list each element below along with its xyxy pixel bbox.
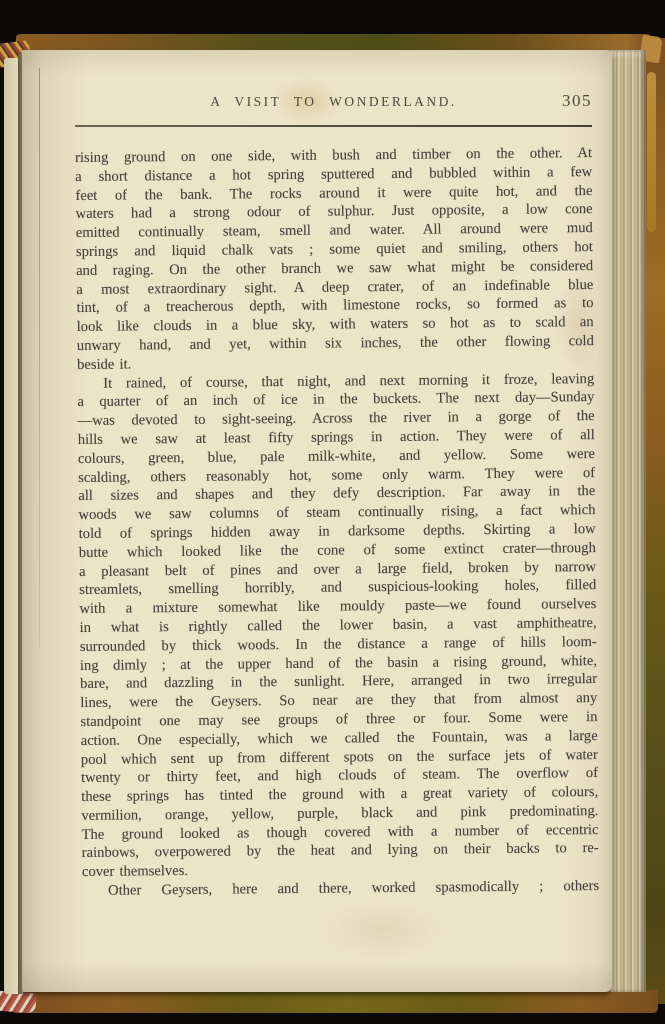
header-rule xyxy=(75,125,592,127)
facing-page-edge xyxy=(4,58,19,994)
running-title: A VISIT TO WONDERLAND. xyxy=(75,94,592,110)
printed-content: A VISIT TO WONDERLAND. 305 rising ground… xyxy=(75,94,592,901)
book-cover-edge-bottom xyxy=(12,990,658,1013)
running-head: A VISIT TO WONDERLAND. 305 xyxy=(75,94,592,118)
cover-gilt-highlight xyxy=(647,72,656,232)
text-line: Other Geysers, here and there, worked sp… xyxy=(82,877,599,901)
book-page: A VISIT TO WONDERLAND. 305 rising ground… xyxy=(22,50,612,992)
body-text: rising ground on one side, with bush and… xyxy=(75,144,599,901)
book-photo: A VISIT TO WONDERLAND. 305 rising ground… xyxy=(0,0,665,1024)
paper-stain xyxy=(322,900,442,960)
page-number: 305 xyxy=(562,91,592,111)
page-crease xyxy=(39,68,40,648)
headband-bottom xyxy=(0,991,37,1014)
